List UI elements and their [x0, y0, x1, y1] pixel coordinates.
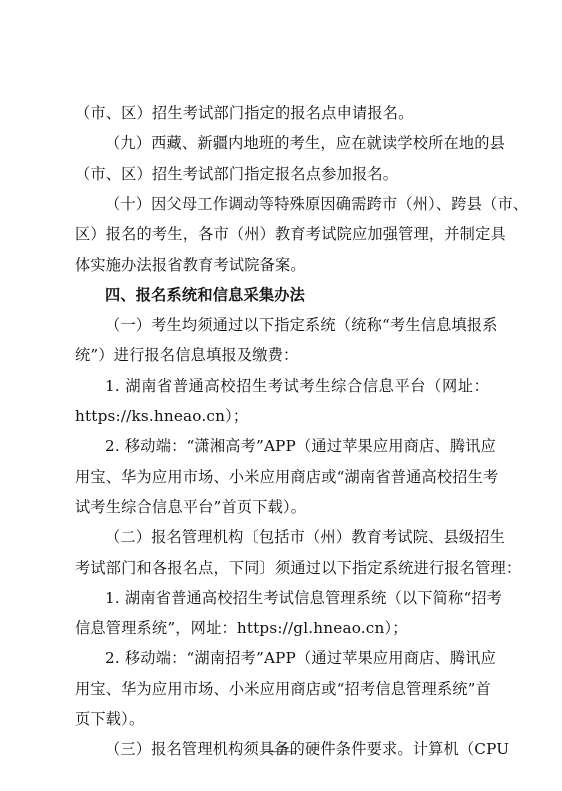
- text-line: （九）西藏、新疆内地班的考生，应在就读学校所在地的县: [105, 132, 489, 154]
- text-line: 考试部门和各报名点，下同〕须通过以下指定系统进行报名管理：: [75, 557, 489, 579]
- document-page: （市、区）招生考试部门指定的报名点申请报名。（九）西藏、新疆内地班的考生，应在就…: [0, 0, 562, 791]
- text-line: 区）报名的考生，各市（州）教育考试院应加强管理，并制定具: [75, 223, 489, 245]
- text-line: 页下载）。: [75, 708, 489, 730]
- text-line: 体实施办法报省教育考试院备案。: [75, 254, 489, 276]
- text-line: （十）因父母工作调动等特殊原因确需跨市（州）、跨县（市、: [105, 193, 489, 215]
- text-line: 1. 湖南省普通高校招生考试考生综合信息平台（网址：: [105, 375, 489, 397]
- text-line: 信息管理系统”，网址：https://gl.hneao.cn）；: [75, 617, 489, 639]
- text-line: 1. 湖南省普通高校招生考试信息管理系统（以下简称“招考: [105, 587, 489, 609]
- text-line: （一）考生均须通过以下指定系统（统称“考生信息填报系: [105, 314, 489, 336]
- text-line: （市、区）招生考试部门指定的报名点申请报名。: [75, 102, 489, 124]
- text-line: 2. 移动端：“湖南招考”APP（通过苹果应用商店、腾讯应: [105, 647, 489, 669]
- text-line: 用宝、华为应用市场、小米应用商店或“湖南省普通高校招生考: [75, 466, 489, 488]
- text-line: 2. 移动端：“潇湘高考”APP（通过苹果应用商店、腾讯应: [105, 435, 489, 457]
- text-line: （市、区）招生考试部门指定报名点参加报名。: [75, 163, 489, 185]
- text-line: （二）报名管理机构〔包括市（州）教育考试院、县级招生: [105, 526, 489, 548]
- text-line: 用宝、华为应用市场、小米应用商店或“招考信息管理系统”首: [75, 678, 489, 700]
- text-line: https://ks.hneao.cn）；: [75, 405, 489, 427]
- section-heading: 四、报名系统和信息采集办法: [105, 284, 489, 306]
- text-line: 试考生综合信息平台”首页下载）。: [75, 496, 489, 518]
- page-number: —7—: [0, 743, 562, 759]
- text-line: 统”）进行报名信息填报及缴费：: [75, 344, 489, 366]
